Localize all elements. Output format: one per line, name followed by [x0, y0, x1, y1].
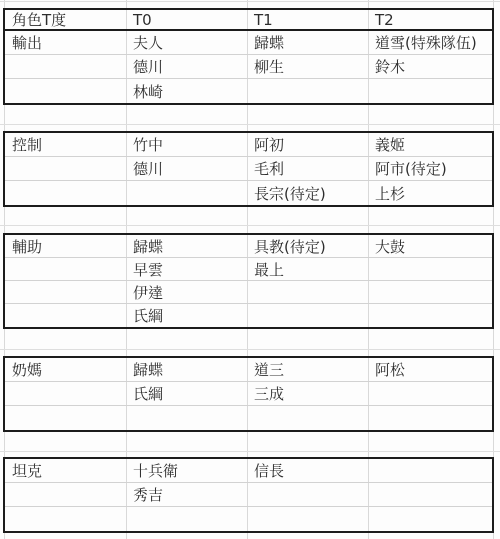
cell-healer-2-t2[interactable] — [368, 406, 492, 430]
table-row: 坦克十兵衛信長 — [5, 459, 492, 483]
cell-dps-1-t2[interactable]: 鈴木 — [368, 55, 492, 78]
cell-healer-0-t1[interactable]: 道三 — [247, 358, 368, 381]
cell-tank-1-category[interactable] — [5, 483, 126, 506]
cell-control-1-t2[interactable]: 阿市(待定) — [368, 157, 492, 180]
cell-support-0-t1[interactable]: 具教(待定) — [247, 235, 368, 257]
cell-support-1-t2[interactable] — [368, 258, 492, 280]
table-row: 輔助歸蝶具教(待定)大鼓 — [5, 235, 492, 258]
cell-healer-1-t2[interactable] — [368, 382, 492, 405]
cell-support-0-t2[interactable]: 大鼓 — [368, 235, 492, 257]
cell-support-2-t0[interactable]: 伊達 — [126, 281, 247, 303]
cell-healer-0-category[interactable]: 奶媽 — [5, 358, 126, 381]
cell-control-0-t0[interactable]: 竹中 — [126, 133, 247, 156]
cell-tank-0-t0[interactable]: 十兵衛 — [126, 459, 247, 482]
cell-support-0-t0[interactable]: 歸蝶 — [126, 235, 247, 257]
cell-support-1-category[interactable] — [5, 258, 126, 280]
cell-tank-1-t1[interactable] — [247, 483, 368, 506]
cell-healer-1-t0[interactable]: 氏綱 — [126, 382, 247, 405]
table-row: 德川毛利阿市(待定) — [5, 157, 492, 181]
cell-healer-1-t1[interactable]: 三成 — [247, 382, 368, 405]
section-tank: 坦克十兵衛信長秀吉 — [3, 457, 494, 533]
cell-tank-2-t1[interactable] — [247, 507, 368, 531]
gridline-horizontal — [0, 124, 500, 125]
table-row: 氏綱 — [5, 304, 492, 327]
cell-dps-0-t1[interactable]: 歸蝶 — [247, 31, 368, 54]
cell-support-2-t1[interactable] — [247, 281, 368, 303]
cell-dps-2-t1[interactable] — [247, 79, 368, 103]
cell-support-0-category[interactable]: 輔助 — [5, 235, 126, 257]
cell-support-3-t0[interactable]: 氏綱 — [126, 304, 247, 327]
cell-control-2-category[interactable] — [5, 181, 126, 205]
table-row — [5, 406, 492, 430]
cell-control-0-t1[interactable]: 阿初 — [247, 133, 368, 156]
table-row: 氏綱三成 — [5, 382, 492, 406]
cell-dps-2-t0[interactable]: 林崎 — [126, 79, 247, 103]
cell-healer-2-t1[interactable] — [247, 406, 368, 430]
cell-tank-0-t1[interactable]: 信長 — [247, 459, 368, 482]
cell-dps-1-t0[interactable]: 德川 — [126, 55, 247, 78]
table-row: 奶媽歸蝶道三阿松 — [5, 358, 492, 382]
cell-support-2-t2[interactable] — [368, 281, 492, 303]
cell-tank-2-t2[interactable] — [368, 507, 492, 531]
table-row: 輸出夫人歸蝶道雪(特殊隊伍) — [5, 31, 492, 55]
table-row: 長宗(待定)上杉 — [5, 181, 492, 205]
cell-dps-2-t2[interactable] — [368, 79, 492, 103]
gridline-horizontal — [0, 225, 500, 226]
cell-control-1-t1[interactable]: 毛利 — [247, 157, 368, 180]
header-row: 角色T度 T0 T1 T2 — [3, 8, 494, 31]
cell-tank-1-t0[interactable]: 秀吉 — [126, 483, 247, 506]
cell-dps-0-t0[interactable]: 夫人 — [126, 31, 247, 54]
cell-dps-1-t1[interactable]: 柳生 — [247, 55, 368, 78]
cell-dps-2-category[interactable] — [5, 79, 126, 103]
cell-healer-2-category[interactable] — [5, 406, 126, 430]
cell-tank-2-category[interactable] — [5, 507, 126, 531]
spreadsheet: 角色T度 T0 T1 T2 輸出夫人歸蝶道雪(特殊隊伍)德川柳生鈴木林崎控制竹中… — [0, 0, 500, 539]
cell-tank-0-t2[interactable] — [368, 459, 492, 482]
cell-healer-0-t0[interactable]: 歸蝶 — [126, 358, 247, 381]
header-cell-t1[interactable]: T1 — [247, 10, 368, 29]
table-row: 林崎 — [5, 79, 492, 103]
cell-healer-0-t2[interactable]: 阿松 — [368, 358, 492, 381]
cell-support-3-t2[interactable] — [368, 304, 492, 327]
section-healer: 奶媽歸蝶道三阿松氏綱三成 — [3, 356, 494, 432]
table-row: 控制竹中阿初義姬 — [5, 133, 492, 157]
cell-support-1-t1[interactable]: 最上 — [247, 258, 368, 280]
table-row — [5, 507, 492, 531]
header-cell-t2[interactable]: T2 — [368, 10, 492, 29]
gridline-horizontal — [0, 451, 500, 452]
cell-control-0-category[interactable]: 控制 — [5, 133, 126, 156]
cell-healer-2-t0[interactable] — [126, 406, 247, 430]
table-row: 早雲最上 — [5, 258, 492, 281]
header-cell-category[interactable]: 角色T度 — [5, 10, 126, 29]
table-row: 德川柳生鈴木 — [5, 55, 492, 79]
gridline-horizontal — [0, 1, 500, 2]
section-dps: 輸出夫人歸蝶道雪(特殊隊伍)德川柳生鈴木林崎 — [3, 29, 494, 105]
cell-support-3-t1[interactable] — [247, 304, 368, 327]
section-control: 控制竹中阿初義姬德川毛利阿市(待定)長宗(待定)上杉 — [3, 131, 494, 207]
cell-support-3-category[interactable] — [5, 304, 126, 327]
table-row: 伊達 — [5, 281, 492, 304]
cell-dps-0-category[interactable]: 輸出 — [5, 31, 126, 54]
cell-tank-2-t0[interactable] — [126, 507, 247, 531]
cell-support-1-t0[interactable]: 早雲 — [126, 258, 247, 280]
cell-dps-0-t2[interactable]: 道雪(特殊隊伍) — [368, 31, 492, 54]
cell-control-2-t2[interactable]: 上杉 — [368, 181, 492, 205]
cell-tank-0-category[interactable]: 坦克 — [5, 459, 126, 482]
gridline-horizontal — [0, 349, 500, 350]
cell-control-1-category[interactable] — [5, 157, 126, 180]
cell-control-1-t0[interactable]: 德川 — [126, 157, 247, 180]
section-support: 輔助歸蝶具教(待定)大鼓早雲最上伊達氏綱 — [3, 233, 494, 329]
cell-control-2-t1[interactable]: 長宗(待定) — [247, 181, 368, 205]
table-row: 角色T度 T0 T1 T2 — [5, 10, 492, 29]
cell-tank-1-t2[interactable] — [368, 483, 492, 506]
cell-control-2-t0[interactable] — [126, 181, 247, 205]
table-row: 秀吉 — [5, 483, 492, 507]
cell-support-2-category[interactable] — [5, 281, 126, 303]
header-cell-t0[interactable]: T0 — [126, 10, 247, 29]
cell-dps-1-category[interactable] — [5, 55, 126, 78]
cell-control-0-t2[interactable]: 義姬 — [368, 133, 492, 156]
cell-healer-1-category[interactable] — [5, 382, 126, 405]
